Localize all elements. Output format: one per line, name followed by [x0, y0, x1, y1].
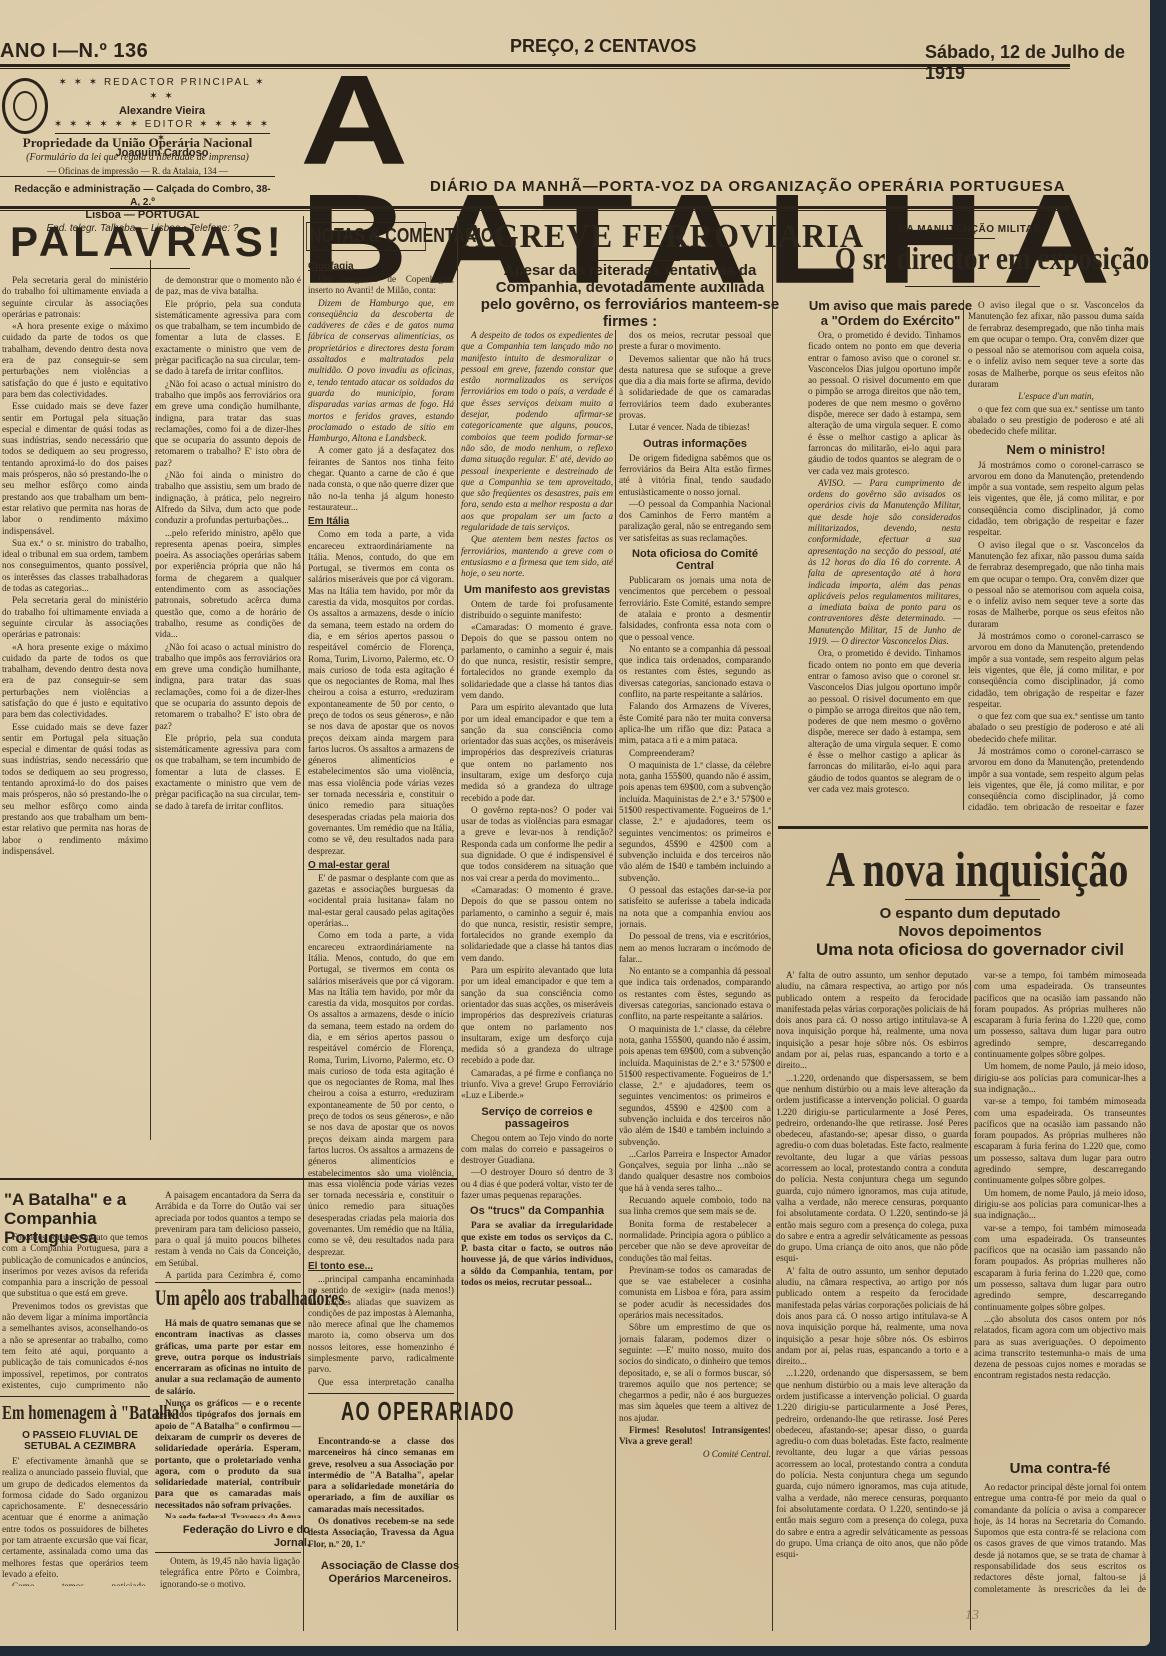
- divider: [155, 1282, 301, 1283]
- divider: [905, 286, 1040, 287]
- subhead-outras: Outras informações: [619, 438, 771, 450]
- subhead-nota-oficiosa: Nota oficiosa do Comité Central: [619, 548, 771, 572]
- telegraph-note: Ontem, às 19,45 não havia ligação telegr…: [160, 1556, 300, 1592]
- price: PREÇO, 2 CENTAVOS: [510, 36, 696, 57]
- operariado-body: Encontrando-se a classe dos marceneiros …: [308, 1436, 454, 1556]
- notas-column: Cinofagia Um telegrama de Copenhague, in…: [308, 258, 454, 1386]
- deck-line-1: O espanto dum deputado: [790, 905, 1150, 923]
- divider: [110, 268, 190, 269]
- masthead-rule-thin: [0, 210, 1070, 211]
- subhead-contra-fe: Uma contra-fé: [980, 1460, 1140, 1477]
- subhead-mal-estar: O mal-estar geral: [308, 860, 454, 871]
- divider: [0, 1396, 150, 1397]
- deck-inquisicao: O espanto dum deputado Novos depoimentos…: [790, 905, 1150, 959]
- greve-signature: O Comité Central.: [619, 1449, 771, 1460]
- page-mark: 13: [965, 1608, 979, 1624]
- divider: [308, 1393, 454, 1394]
- background-edge: [0, 1646, 1166, 1656]
- column-rule: [963, 300, 964, 810]
- column-rule: [150, 260, 151, 1140]
- subhead-manifesto: Um manifesto aos grevistas: [461, 584, 613, 596]
- column-rule: [970, 980, 971, 1630]
- divider: [55, 133, 270, 134]
- subhead-cinofagia: Cinofagia: [308, 261, 454, 272]
- section-rule: [778, 826, 1148, 829]
- kicker-manutencao: NA MANUTENÇÃO MILITAR: [800, 224, 1140, 235]
- greve-col1: A despeito de todos os expedientes de qu…: [461, 330, 613, 1630]
- palavras-col2: de demonstrar que o momento não é de paz…: [155, 275, 301, 1135]
- headline-director: O sr. director em exposição: [835, 240, 1116, 277]
- deck-greve: Apesar das reiteradas tentativas da Comp…: [480, 262, 780, 330]
- director-col2: O aviso ilegal que o sr. Vasconcelos da …: [968, 300, 1144, 810]
- contra-fe-body: Ao redactor principal dêste jornal foi o…: [974, 1482, 1146, 1592]
- property-line: Propriedade da União Operária Nacional: [23, 135, 252, 150]
- property-note: (Formulário da lei que regula a liberdad…: [26, 152, 249, 163]
- subhead-passeio: O PASSEIO FLUVIAL DE SETUBAL A CEZIMBRA: [10, 1430, 150, 1452]
- subhead-aviso: Um aviso que mais parece a "Ordem do Exé…: [808, 298, 973, 328]
- newspaper-subtitle: DIÁRIO DA MANHÃ—PORTA-VOZ DA ORGANIZAÇÃO…: [430, 178, 1066, 195]
- inquisicao-col2: var-se a tempo, foi também mimoseada com…: [974, 970, 1146, 1450]
- headline-ao-operariado: AO OPERARIADO: [341, 1396, 439, 1427]
- subhead-em-italia: Em Itália: [308, 516, 454, 527]
- column-rule: [615, 330, 616, 1630]
- column-rule: [303, 216, 304, 1631]
- divider: [905, 899, 1040, 900]
- issue-number: ANO I—N.º 136: [0, 40, 148, 63]
- chief-editor-role: ✶ ✶ ✶ REDACTOR PRINCIPAL ✶ ✶ ✶: [52, 76, 272, 104]
- divider: [155, 1552, 301, 1553]
- apelo-signature: Federação do Livro e do Jornal.: [160, 1524, 310, 1550]
- union-seal-icon: [2, 78, 48, 134]
- subhead-trucs: Os "trucs" da Companhia: [461, 1205, 613, 1217]
- headline-homenagem: Em homenagem à "Batalha": [2, 1402, 187, 1425]
- background-edge: [1150, 0, 1166, 1656]
- masthead-rule: [0, 206, 1070, 209]
- palavras-col1: Pela secretaria geral do ministério do t…: [2, 275, 148, 1135]
- divider: [590, 260, 680, 261]
- inquisicao-col1: A' falta de outro assunto, um senhor dep…: [776, 970, 968, 1590]
- column-rule: [772, 216, 773, 1631]
- headline-notas-comentarios: NOTAS & COMENTARIOS: [306, 222, 426, 251]
- divider: [945, 238, 995, 239]
- quote-line: L'espace d'un matin,: [968, 391, 1144, 402]
- headline-palavras: PALAVRAS!: [10, 218, 285, 266]
- divider: [0, 176, 275, 177]
- greve-col2: dos os meios, recrutar pessoal que prest…: [619, 330, 771, 1620]
- subhead-nem-ministro: Nem o ministro!: [968, 442, 1144, 457]
- subhead-tonto: El tonto ese...: [308, 1261, 454, 1272]
- property-block: Propriedade da União Operária Nacional (…: [0, 136, 275, 178]
- newspaper-page: ANO I—N.º 136 PREÇO, 2 CENTAVOS Sábado, …: [0, 0, 1150, 1646]
- headline-nova-inquisicao: A nova inquisição: [826, 840, 1114, 898]
- homenagem-body: E' efectivamente àmanhã que se realiza o…: [2, 1456, 148, 1586]
- batalha-companhia-body: Forçados por um contrato que temos com a…: [2, 1232, 148, 1392]
- print-shop: — Oficinas de impressão — R. da Atalaia,…: [47, 166, 228, 176]
- deck-line-2: Novos depoimentos: [790, 923, 1150, 941]
- chief-editor-name: Alexandre Vieira: [52, 104, 272, 118]
- deck-line-3: Uma nota oficiosa do governador civil: [790, 941, 1150, 959]
- director-col1: Ora, o prometido é devido. Tinhamos fica…: [808, 330, 961, 810]
- operariado-signature: Associação de Classe dos Operários Marce…: [320, 1560, 460, 1586]
- subhead-correios: Serviço de correios e passageiros: [461, 1106, 613, 1130]
- passeio-body-top: A paisagem encantadora da Serra da Arráb…: [155, 1190, 301, 1280]
